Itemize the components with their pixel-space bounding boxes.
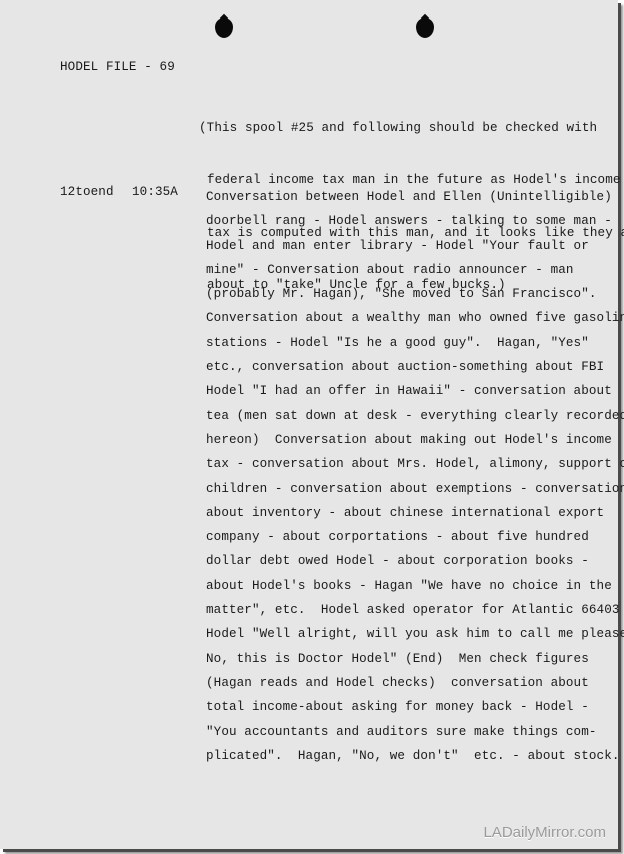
entry-line: tea (men sat down at desk - everything c… — [206, 404, 624, 428]
entry-line: (Hagan reads and Hodel checks) conversat… — [206, 671, 624, 695]
entry-line: plicated". Hagan, "No, we don't" etc. - … — [206, 744, 624, 768]
note-line: (This spool #25 and following should be … — [199, 116, 624, 140]
entry-line: tax - conversation about Mrs. Hodel, ali… — [206, 452, 624, 476]
watermark: LADailyMirror.com — [483, 824, 606, 841]
entry-line: Conversation about a wealthy man who own… — [206, 306, 624, 330]
entry-line: company - about corportations - about fi… — [206, 525, 624, 549]
entry-line: mine" - Conversation about radio announc… — [206, 258, 624, 282]
entry-body: Conversation between Hodel and Ellen (Un… — [206, 185, 624, 768]
entry-line: Hodel "I had an offer in Hawaii" - conve… — [206, 379, 624, 403]
document-page: HODEL FILE - 69 (This spool #25 and foll… — [0, 0, 618, 849]
entry-line: matter", etc. Hodel asked operator for A… — [206, 598, 624, 622]
entry-line: Conversation between Hodel and Ellen (Un… — [206, 185, 624, 209]
punch-hole-left — [215, 18, 233, 38]
entry-line: about inventory - about chinese internat… — [206, 501, 624, 525]
entry-line: Hodel and man enter library - Hodel "You… — [206, 234, 624, 258]
file-title: HODEL FILE - 69 — [60, 60, 175, 74]
entry-line: etc., conversation about auction-somethi… — [206, 355, 624, 379]
entry-spool: 12toend — [60, 185, 114, 199]
entry-line: total income-about asking for money back… — [206, 695, 624, 719]
entry-line: about Hodel's books - Hagan "We have no … — [206, 574, 624, 598]
entry-line: hereon) Conversation about making out Ho… — [206, 428, 624, 452]
entry-line: doorbell rang - Hodel answers - talking … — [206, 209, 624, 233]
entry-line: No, this is Doctor Hodel" (End) Men chec… — [206, 647, 624, 671]
entry-line: (probably Mr. Hagan), "She moved to San … — [206, 282, 624, 306]
entry-line: children - conversation about exemptions… — [206, 477, 624, 501]
entry-line: "You accountants and auditors sure make … — [206, 720, 624, 744]
entry-time: 10:35A — [132, 185, 178, 199]
punch-hole-right — [416, 18, 434, 38]
entry-line: Hodel "Well alright, will you ask him to… — [206, 622, 624, 646]
entry-line: dollar debt owed Hodel - about corporati… — [206, 549, 624, 573]
entry-line: stations - Hodel "Is he a good guy". Hag… — [206, 331, 624, 355]
